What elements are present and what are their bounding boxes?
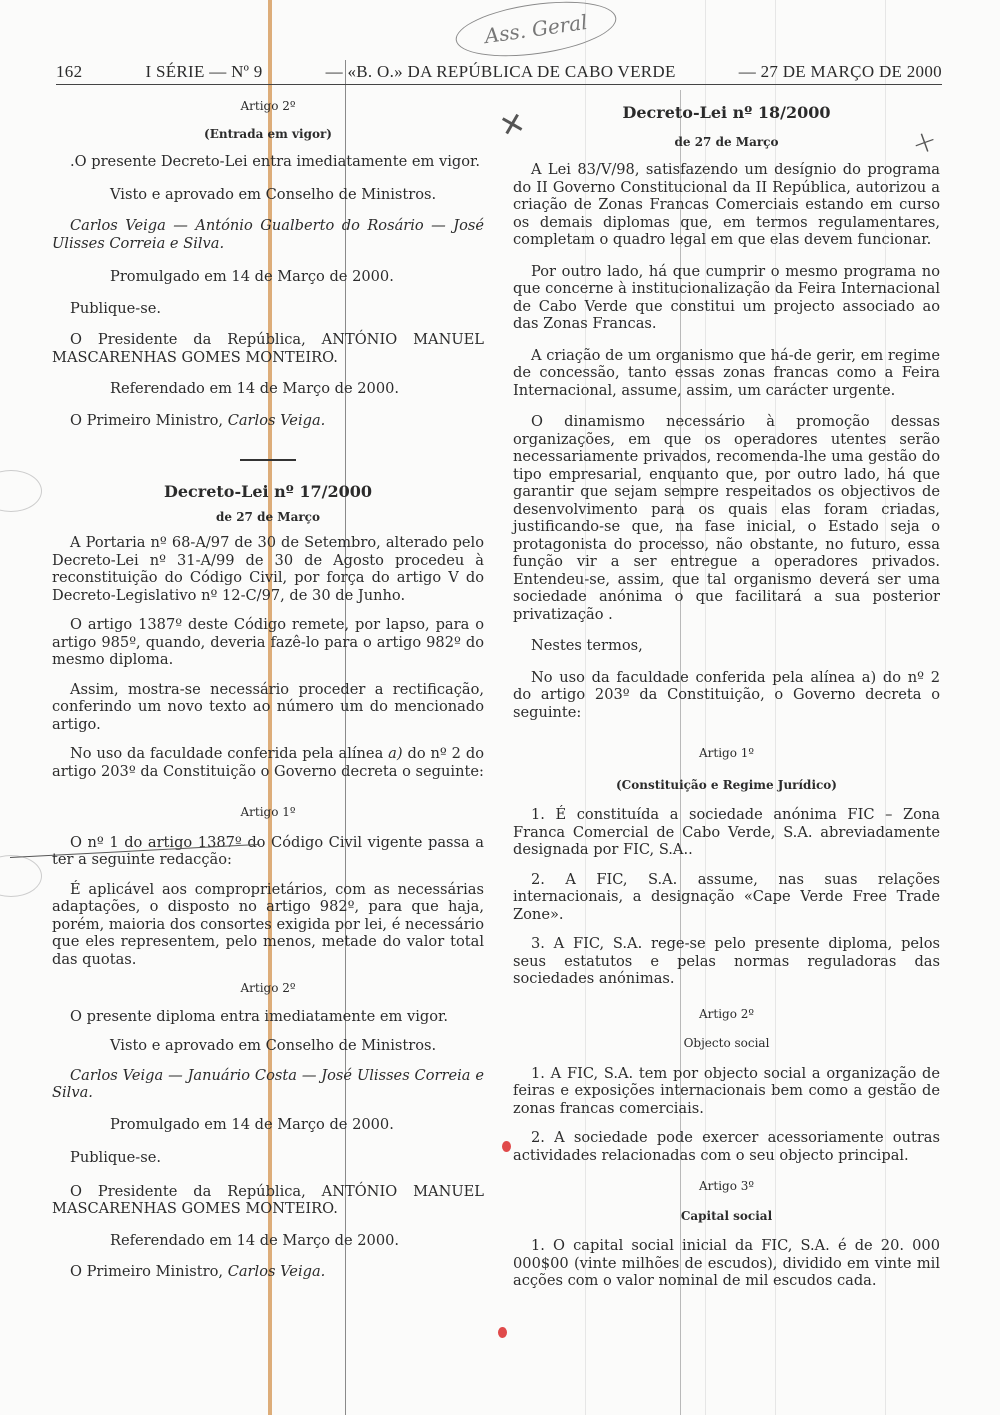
article-heading: Artigo 2º [513, 1006, 940, 1024]
numbered-item: 2. A sociedade pode exercer acessoriamen… [513, 1129, 940, 1164]
article-heading: Artigo 3º [513, 1178, 940, 1196]
prime-minister-label: O Primeiro Ministro, [70, 412, 228, 429]
article-title: (Entrada em vigor) [52, 126, 484, 144]
decree-date: de 27 de Março [52, 509, 484, 527]
prime-minister-line: O Primeiro Ministro, Carlos Veiga. [52, 1263, 484, 1281]
right-column: Decreto-Lei nº 18/2000 de 27 de Março A … [513, 104, 940, 1290]
paragraph: O dinamismo necessário à promoção dessas… [513, 413, 940, 623]
paragraph: Por outro lado, há que cumprir o mesmo p… [513, 263, 940, 333]
quoted-text: É aplicável aos comproprietários, com as… [52, 881, 484, 969]
paragraph: A criação de um organismo que há-de geri… [513, 347, 940, 400]
punch-hole-mark [0, 855, 42, 897]
prime-minister-line: O Primeiro Ministro, Carlos Veiga. [52, 412, 484, 430]
paragraph: .O presente Decreto-Lei entra imediatame… [52, 153, 484, 171]
enacting-text: No uso da faculdade conferida pela alíne… [70, 745, 388, 762]
referendado-line: Referendado em 14 de Março de 2000. [52, 1232, 484, 1250]
article-heading: Artigo 2º [52, 980, 484, 998]
publish-line: Publique-se. [52, 300, 484, 318]
article-title: Objecto social [513, 1035, 940, 1053]
alinea-ref: a) [388, 745, 402, 762]
prime-minister-name: Carlos Veiga. [228, 412, 326, 429]
series-number: I SÉRIE — Nº 9 [145, 62, 262, 82]
red-margin-dot [502, 1141, 511, 1152]
decree-title: Decreto-Lei nº 17/2000 [52, 483, 484, 501]
punch-hole-mark [0, 470, 42, 512]
page-number: 162 [56, 62, 82, 82]
left-column: Artigo 2º (Entrada em vigor) .O presente… [52, 98, 484, 1281]
numbered-item: 1. O capital social inicial da FIC, S.A.… [513, 1237, 940, 1290]
numbered-item: 1. A FIC, S.A. tem por objecto social a … [513, 1065, 940, 1118]
numbered-item: 3. A FIC, S.A. rege-se pelo presente dip… [513, 935, 940, 988]
numbered-item: 1. É constituída a sociedade anónima FIC… [513, 806, 940, 859]
publish-line: Publique-se. [52, 1149, 484, 1167]
publication-date: — 27 DE MARÇO DE 2000 [739, 62, 942, 82]
enacting-clause: No uso da faculdade conferida pela alíne… [52, 745, 484, 780]
section-divider [240, 459, 296, 461]
article-title: Capital social [513, 1208, 940, 1226]
article-heading: Artigo 2º [52, 98, 484, 116]
paragraph: A Portaria nº 68-A/97 de 30 de Setembro,… [52, 534, 484, 604]
decree-title: Decreto-Lei nº 18/2000 [513, 104, 940, 122]
enacting-clause: No uso da faculdade conferida pela alíne… [513, 669, 940, 722]
approved-line: Visto e aprovado em Conselho de Ministro… [52, 1037, 484, 1055]
page-header: 162 I SÉRIE — Nº 9 — «B. O.» DA REPÚBLIC… [56, 62, 942, 85]
prime-minister-label: O Primeiro Ministro, [70, 1263, 228, 1280]
promulgated-line: Promulgado em 14 de Março de 2000. [52, 1116, 484, 1134]
paragraph: O presente diploma entra imediatamente e… [52, 1008, 484, 1026]
promulgated-line: Promulgado em 14 de Março de 2000. [52, 268, 484, 286]
paragraph: O artigo 1387º deste Código remete, por … [52, 616, 484, 669]
signatories: Carlos Veiga — António Gualberto do Rosá… [52, 217, 484, 252]
approved-line: Visto e aprovado em Conselho de Ministro… [52, 186, 484, 204]
paragraph: Assim, mostra-se necessário proceder a r… [52, 681, 484, 734]
paragraph: A Lei 83/V/98, satisfazendo um desígnio … [513, 161, 940, 249]
publication-name: — «B. O.» DA REPÚBLICA DE CABO VERDE [326, 62, 676, 82]
article-title: (Constituição e Regime Jurídico) [513, 777, 940, 795]
signatories: Carlos Veiga — Januário Costa — José Uli… [52, 1067, 484, 1102]
paragraph: Nestes termos, [513, 637, 940, 655]
numbered-item: 2. A FIC, S.A. assume, nas suas relações… [513, 871, 940, 924]
article-heading: Artigo 1º [513, 745, 940, 763]
referendado-line: Referendado em 14 de Março de 2000. [52, 380, 484, 398]
president-line: O Presidente da República, ANTÓNIO MANUE… [52, 1183, 484, 1218]
decree-date: de 27 de Março [513, 134, 940, 152]
handwritten-note: Ass. Geral [452, 0, 619, 65]
article-heading: Artigo 1º [52, 804, 484, 822]
prime-minister-name: Carlos Veiga. [228, 1263, 326, 1280]
scanned-page: Ass. Geral ✕ + 162 I SÉRIE — Nº 9 — «B. … [0, 0, 1000, 1415]
red-margin-dot [498, 1327, 507, 1338]
president-line: O Presidente da República, ANTÓNIO MANUE… [52, 331, 484, 366]
